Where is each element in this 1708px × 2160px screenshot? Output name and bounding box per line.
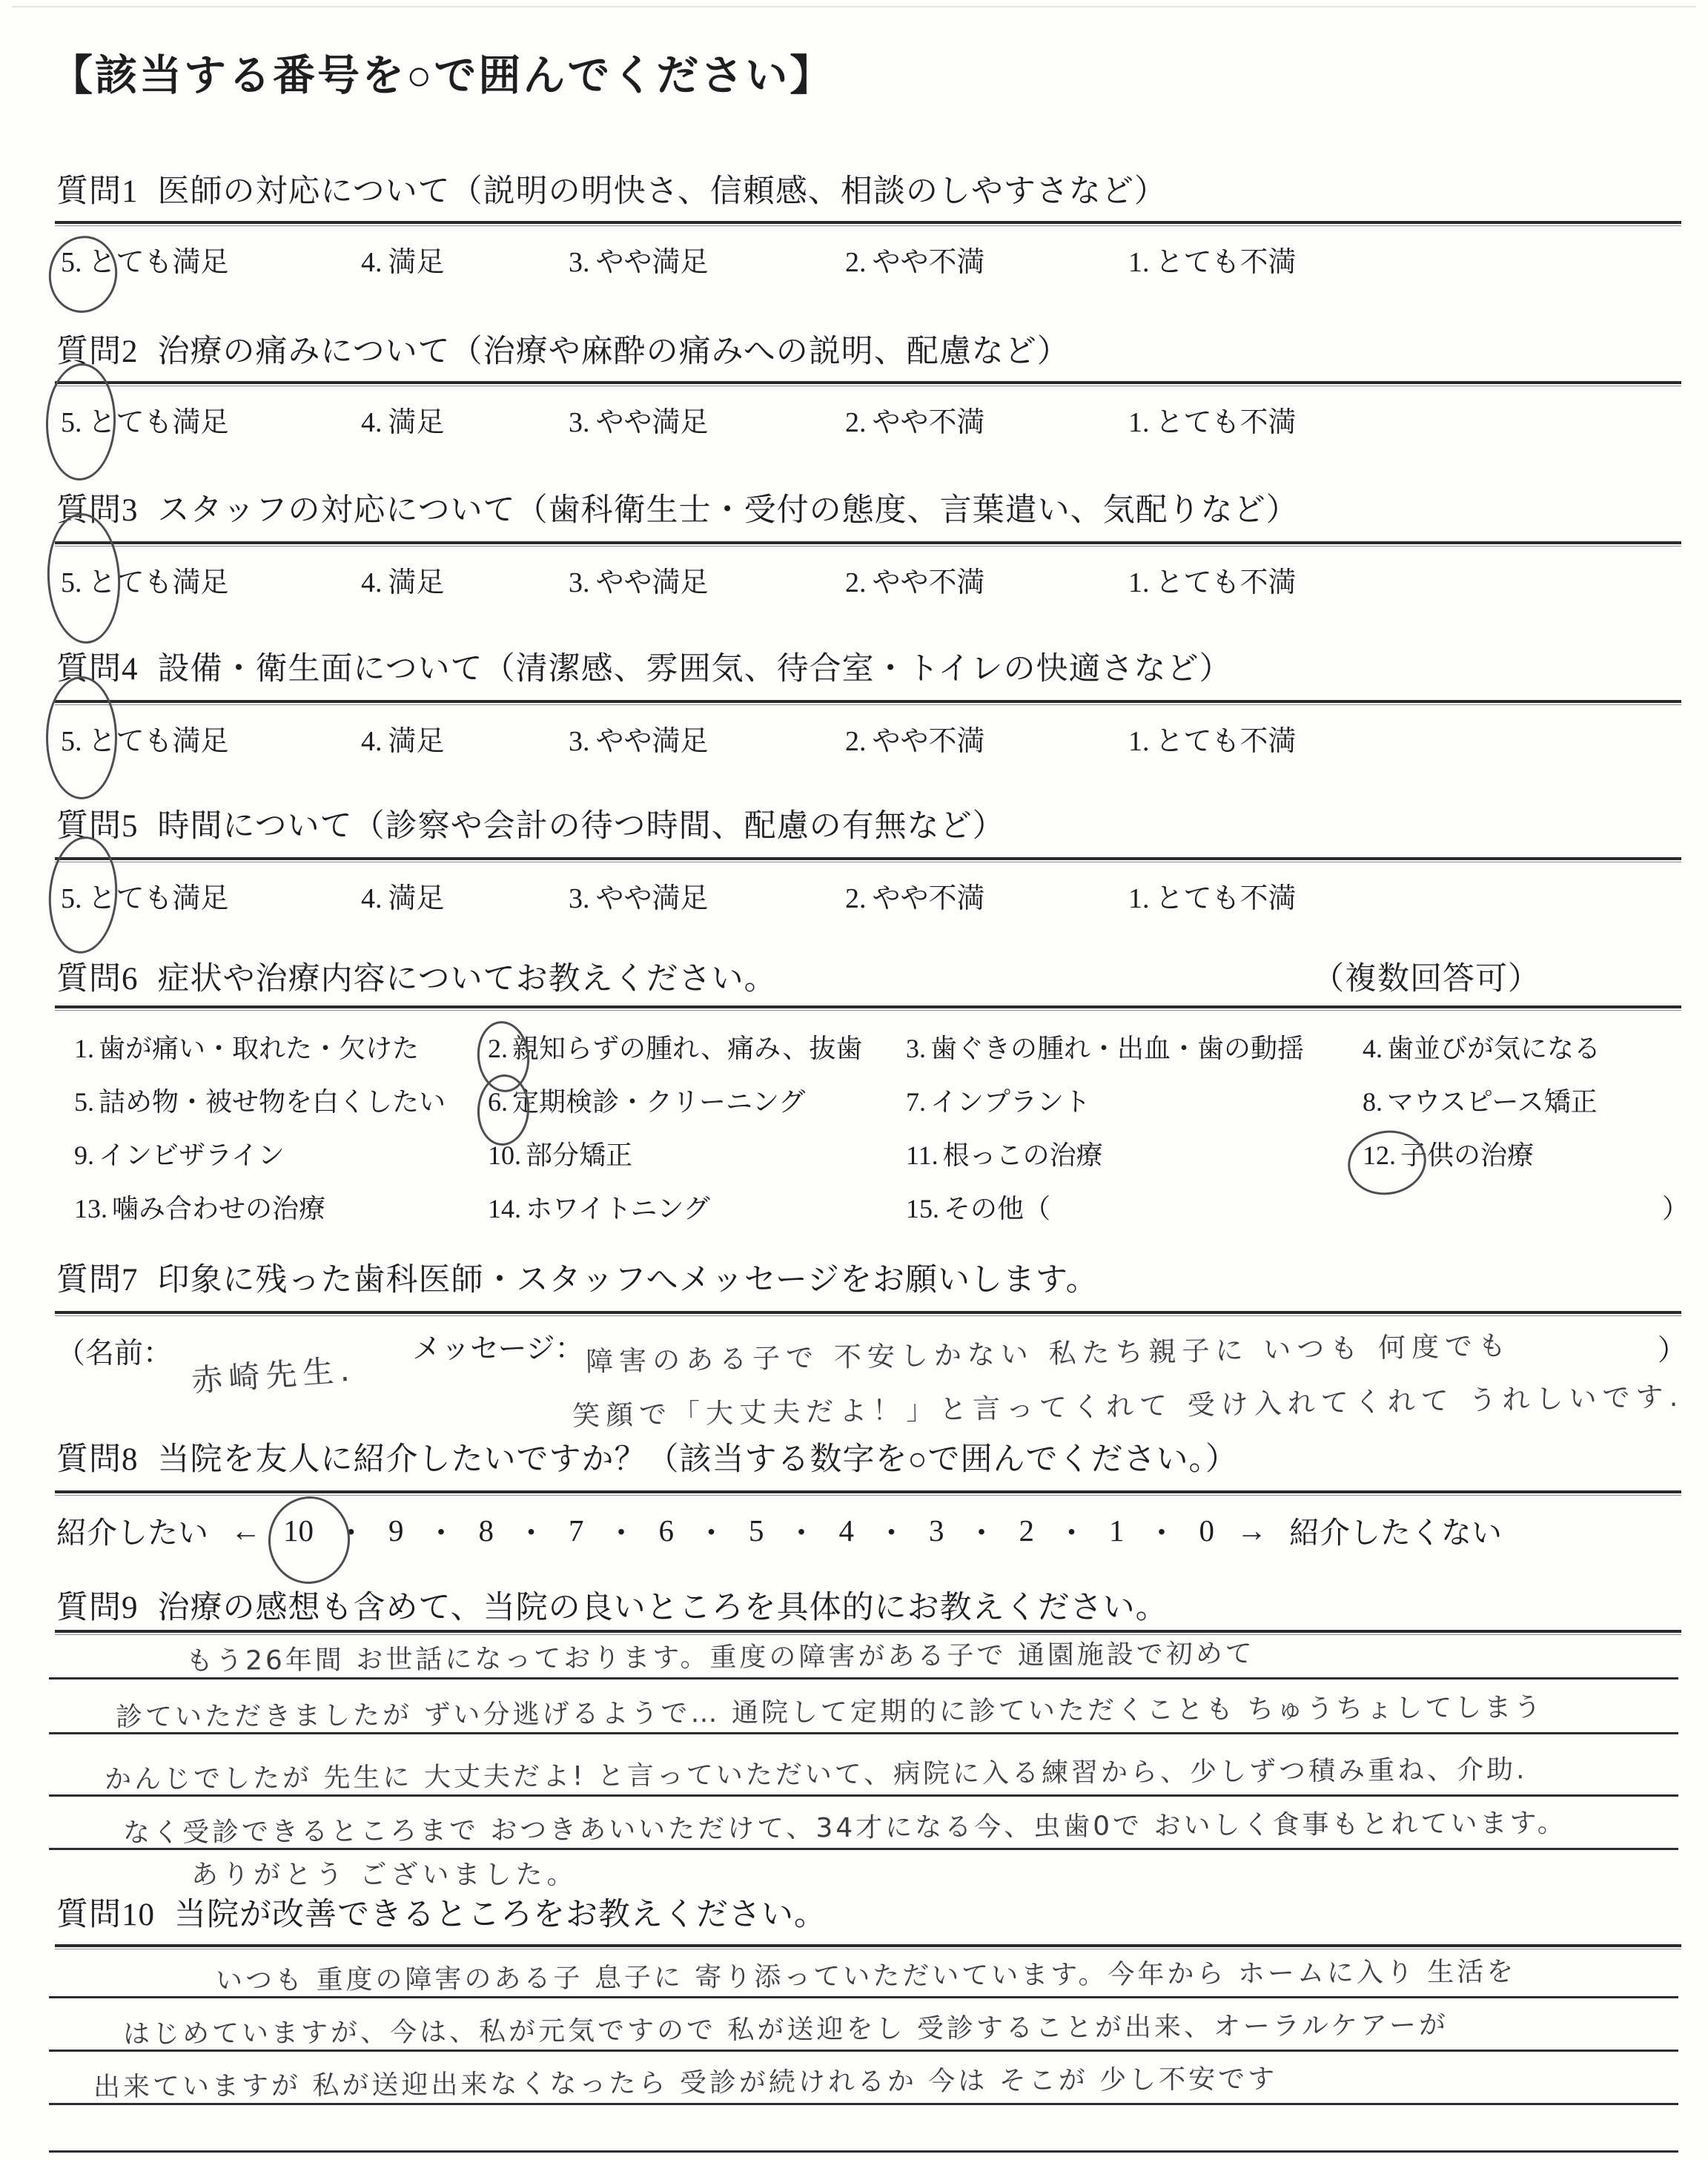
option-number: 2. xyxy=(845,567,867,598)
q1-option-4: 4.満足 xyxy=(361,239,445,280)
recommend-scale-row: 紹介したい ← 10 ・ 9 ・ 8 ・ 7 ・ 6 ・ 5 ・ 4 ・ 3 ・… xyxy=(56,1508,1687,1552)
item-number: 10. xyxy=(488,1140,521,1170)
writing-line: なく受診できるところまで おつきあいいただけて、34才になる今、虫歯0で おいし… xyxy=(49,1805,1678,1850)
scale-number-10: 10 xyxy=(283,1513,314,1548)
q1-option-5: 5.とても満足 xyxy=(61,239,229,280)
left-arrow-icon: ← xyxy=(231,1513,261,1548)
form-title: 【該当する番号を○で囲んでください】 xyxy=(50,42,834,102)
question-8-title: 当院を友人に紹介したいですか？（該当する数字を○で囲んでください。） xyxy=(158,1442,1238,1477)
scale-number-8: 8 xyxy=(479,1513,494,1548)
question-9-header: 質問9治療の感想も含めて、当院の良いところを具体的にお教えください。 xyxy=(56,1582,1168,1628)
scale-number-7: 7 xyxy=(569,1513,584,1548)
q10-handwritten-line-2: はじめていますが、今は、私が元気ですので 私が送迎をし 受診することが出来、オー… xyxy=(123,2004,1449,2051)
option-number: 1. xyxy=(1128,247,1150,278)
question-4-header: 質問4設備・衛生面について（清潔感、雰囲気、待合室・トイレの快適さなど） xyxy=(56,644,1232,689)
option-label: やや不満 xyxy=(873,247,985,278)
q6-item-4: 4.歯並びが気になる xyxy=(1363,1028,1601,1066)
dot-separator: ・ xyxy=(876,1508,907,1552)
option-label: 満足 xyxy=(388,567,445,598)
item-label: 部分矯正 xyxy=(526,1140,632,1170)
q3-option-1: 1.とても不満 xyxy=(1128,559,1297,600)
item-label: 歯が痛い・取れた・欠けた xyxy=(99,1034,419,1063)
option-number: 2. xyxy=(845,726,867,757)
option-number: 3. xyxy=(569,726,590,757)
multiple-answers-note: （複数回答可） xyxy=(1312,954,1540,999)
divider-rule xyxy=(55,221,1681,226)
dot-separator: ・ xyxy=(606,1508,637,1552)
question-2-options: 5.とても満足 4.満足 3.やや満足 2.やや不満 1.とても不満 xyxy=(61,399,1684,448)
option-number: 2. xyxy=(845,883,867,914)
option-label: 満足 xyxy=(388,883,445,914)
item-label: 根っこの治療 xyxy=(943,1140,1103,1170)
question-9-title: 治療の感想も含めて、当院の良いところを具体的にお教えください。 xyxy=(158,1591,1168,1625)
q5-option-5-number: 5. xyxy=(61,882,82,915)
item-label: インビザライン xyxy=(99,1140,285,1170)
option-number: 5. xyxy=(61,883,82,914)
item-label: その他（ xyxy=(944,1194,1050,1223)
dot-separator: ・ xyxy=(967,1508,997,1552)
option-number: 4. xyxy=(361,567,383,598)
dot-separator: ・ xyxy=(516,1508,546,1552)
message-handwritten-line-1: 障害のある子で 不安しかない 私たち親子に いつも 何度でも xyxy=(586,1323,1512,1379)
dot-separator: ・ xyxy=(1147,1508,1177,1552)
q6-item-8: 8.マウスピース矯正 xyxy=(1363,1081,1598,1119)
q6-row-1: 1.歯が痛い・取れた・欠けた 2.親知らずの腫れ、痛み、抜歯 3.歯ぐきの腫れ・… xyxy=(74,1028,1684,1074)
option-number: 4. xyxy=(361,247,383,278)
item-number: 2. xyxy=(488,1034,508,1063)
option-label: とても満足 xyxy=(88,883,229,914)
item-number: 7. xyxy=(906,1087,926,1117)
name-field-handwritten-value: 赤崎先生. xyxy=(190,1345,357,1401)
question-1-number: 質問1 xyxy=(56,174,139,209)
option-label: とても不満 xyxy=(1156,726,1297,757)
message-close-paren: ） xyxy=(1658,1327,1687,1369)
q4-option-5: 5.とても満足 xyxy=(61,718,229,759)
item-label: 子供の治療 xyxy=(1400,1140,1534,1170)
q1-option-3: 3.やや満足 xyxy=(569,239,709,280)
q4-option-2: 2.やや不満 xyxy=(845,718,985,759)
option-label: とても不満 xyxy=(1156,883,1297,914)
survey-form-scan: 【該当する番号を○で囲んでください】 質問1医師の対応について（説明の明快さ、信… xyxy=(0,0,1708,2160)
q2-option-4: 4.満足 xyxy=(361,399,445,440)
item-label: マウスピース矯正 xyxy=(1387,1087,1598,1117)
item-number: 12. xyxy=(1363,1140,1396,1170)
item-label: 噛み合わせの治療 xyxy=(112,1194,325,1223)
option-label: やや満足 xyxy=(596,247,709,278)
q6-item-6-number: 6. xyxy=(488,1086,508,1117)
item-number: 13. xyxy=(74,1194,107,1223)
item-number: 8. xyxy=(1363,1087,1383,1117)
q5-option-3: 3.やや満足 xyxy=(569,875,709,916)
item-label: 歯並びが気になる xyxy=(1387,1034,1601,1063)
item-number: 14. xyxy=(488,1194,521,1223)
message-field-label: メッセージ： xyxy=(412,1326,584,1367)
option-number: 5. xyxy=(61,726,82,757)
divider-rule xyxy=(55,700,1681,705)
scale-number-4: 4 xyxy=(839,1513,855,1548)
option-label: とても満足 xyxy=(88,407,229,438)
scale-number: 10 xyxy=(283,1513,314,1548)
question-6-title: 症状や治療内容についてお教えください。 xyxy=(158,962,777,997)
option-label: やや不満 xyxy=(873,567,985,598)
item-label: ホワイトニング xyxy=(526,1194,710,1223)
option-number: 4. xyxy=(361,883,383,914)
q2-option-3: 3.やや満足 xyxy=(569,399,709,440)
item-number: 11. xyxy=(906,1140,939,1170)
q5-option-5: 5.とても満足 xyxy=(61,875,229,916)
divider-rule xyxy=(55,857,1681,862)
question-2-number: 質問2 xyxy=(56,334,139,369)
q3-option-5: 5.とても満足 xyxy=(61,559,229,600)
question-7-title: 印象に残った歯科医師・スタッフへメッセージをお願いします。 xyxy=(158,1263,1099,1298)
q2-option-1: 1.とても不満 xyxy=(1128,399,1297,440)
option-number: 3. xyxy=(569,883,590,914)
q6-row-2: 5.詰め物・被せ物を白くしたい 6.定期検診・クリーニング 7.インプラント 8… xyxy=(74,1081,1684,1127)
option-number: 5. xyxy=(61,247,82,278)
item-number: 9. xyxy=(74,1140,94,1170)
q6-item-6: 6.定期検診・クリーニング xyxy=(488,1081,805,1119)
question-4-number: 質問4 xyxy=(56,652,139,687)
q4-option-3: 3.やや満足 xyxy=(569,718,709,759)
q5-option-4: 4.満足 xyxy=(361,875,445,916)
item-label: インプラント xyxy=(930,1087,1090,1117)
item-number: 5. xyxy=(74,1087,94,1117)
scale-left-label: 紹介したい xyxy=(56,1508,208,1552)
question-10-title: 当院が改善できるところをお教えください。 xyxy=(174,1898,827,1932)
dot-separator: ・ xyxy=(787,1508,817,1552)
q2-option-5: 5.とても満足 xyxy=(61,399,229,440)
divider-rule xyxy=(55,1944,1681,1949)
writing-line-blank xyxy=(49,2107,1678,2153)
scale-number-3: 3 xyxy=(929,1513,944,1548)
q1-option-1: 1.とても不満 xyxy=(1128,239,1297,280)
divider-rule xyxy=(55,1005,1681,1011)
question-8-header: 質問8当院を友人に紹介したいですか？（該当する数字を○で囲んでください。） xyxy=(56,1434,1238,1479)
divider-rule xyxy=(55,381,1681,386)
question-4-title: 設備・衛生面について（清潔感、雰囲気、待合室・トイレの快適さなど） xyxy=(158,652,1232,687)
q2-option-2: 2.やや不満 xyxy=(845,399,985,440)
option-label: やや満足 xyxy=(596,407,709,438)
option-number: 5. xyxy=(61,567,82,598)
option-number: 1. xyxy=(1128,726,1150,757)
dot-separator: ・ xyxy=(426,1508,457,1552)
dot-separator: ・ xyxy=(1056,1508,1087,1552)
option-number: 1. xyxy=(1128,407,1150,438)
q6-row-4: 13.噛み合わせの治療 14.ホワイトニング 15.その他（ ） xyxy=(74,1188,1684,1234)
q6-item-12-number: 12. xyxy=(1363,1140,1396,1171)
scan-edge-line xyxy=(12,6,1696,7)
q3-option-5-number: 5. xyxy=(61,567,82,599)
option-number: 2. xyxy=(845,407,867,438)
question-10-number: 質問10 xyxy=(56,1898,155,1932)
question-7-header: 質問7印象に残った歯科医師・スタッフへメッセージをお願いします。 xyxy=(56,1255,1099,1300)
question-5-options: 5.とても満足 4.満足 3.やや満足 2.やや不満 1.とても不満 xyxy=(61,875,1684,924)
question-1-header: 質問1医師の対応について（説明の明快さ、信頼感、相談のしやすさなど） xyxy=(56,166,1167,211)
item-label: 詰め物・被せ物を白くしたい xyxy=(99,1087,446,1117)
dot-separator: ・ xyxy=(696,1508,726,1552)
option-number: 4. xyxy=(361,407,383,438)
question-10-header: 質問10当院が改善できるところをお教えください。 xyxy=(56,1889,827,1935)
q5-option-1: 1.とても不満 xyxy=(1128,875,1297,916)
q6-item-11: 11.根っこの治療 xyxy=(906,1135,1103,1172)
item-label: 歯ぐきの腫れ・出血・歯の動揺 xyxy=(930,1034,1304,1063)
dot-separator: ・ xyxy=(336,1508,366,1552)
option-label: とても満足 xyxy=(88,726,229,757)
option-label: とても不満 xyxy=(1156,567,1297,598)
option-label: やや不満 xyxy=(873,883,985,914)
option-label: やや不満 xyxy=(873,726,985,757)
option-number: 2. xyxy=(845,247,867,278)
question-8-number: 質問8 xyxy=(56,1442,139,1477)
question-1-title: 医師の対応について（説明の明快さ、信頼感、相談のしやすさなど） xyxy=(158,174,1167,209)
scale-right-label: 紹介したくない xyxy=(1289,1508,1502,1552)
q6-item-10: 10.部分矯正 xyxy=(488,1135,632,1172)
question-4-options: 5.とても満足 4.満足 3.やや満足 2.やや不満 1.とても不満 xyxy=(61,718,1684,767)
item-number: 15. xyxy=(906,1194,939,1223)
question-6-number: 質問6 xyxy=(56,962,139,997)
name-field-label: （名前： xyxy=(56,1330,172,1372)
question-3-number: 質問3 xyxy=(56,493,139,528)
q1-option-5-label: とても満足 xyxy=(88,247,229,278)
q6-item-14: 14.ホワイトニング xyxy=(488,1188,710,1226)
q6-item-9: 9.インビザライン xyxy=(74,1135,285,1172)
q6-item-2-number: 2. xyxy=(488,1033,508,1064)
option-number: 1. xyxy=(1128,567,1150,598)
scale-number-0: 0 xyxy=(1199,1513,1215,1548)
divider-rule xyxy=(55,541,1681,546)
q6-item-5: 5.詰め物・被せ物を白くしたい xyxy=(74,1081,446,1119)
scale-number-9: 9 xyxy=(388,1513,404,1548)
option-label: とても満足 xyxy=(88,567,229,598)
writing-line: はじめていますが、今は、私が元気ですので 私が送迎をし 受診することが出来、オー… xyxy=(49,2007,1678,2052)
scale-number-6: 6 xyxy=(659,1513,675,1548)
q10-handwritten-line-1: いつも 重度の障害のある子 息子に 寄り添っていただいています。今年から ホーム… xyxy=(216,1951,1517,1998)
option-number: 3. xyxy=(569,567,590,598)
option-label: やや不満 xyxy=(873,407,985,438)
q1-option-2: 2.やや不満 xyxy=(845,239,985,280)
item-number: 6. xyxy=(488,1087,508,1117)
question-3-header: 質問3スタッフの対応について（歯科衛生士・受付の態度、言葉遣い、気配りなど） xyxy=(56,485,1299,530)
question-1-options: 5.とても満足 4.満足 3.やや満足 2.やや不満 1.とても不満 xyxy=(61,239,1684,288)
divider-rule xyxy=(55,1311,1681,1316)
q6-item-3: 3.歯ぐきの腫れ・出血・歯の動揺 xyxy=(906,1028,1304,1066)
q3-option-2: 2.やや不満 xyxy=(845,559,985,600)
writing-line: かんじでしたが 先生に 大丈夫だよ! と言っていただいて、病院に入る練習から、少… xyxy=(49,1751,1678,1797)
q4-option-5-number: 5. xyxy=(61,725,82,758)
q9-handwritten-line-4: なく受診できるところまで おつきあいいただけて、34才になる今、虫歯0で おいし… xyxy=(123,1802,1567,1850)
item-number: 4. xyxy=(1363,1034,1383,1063)
question-3-title: スタッフの対応について（歯科衛生士・受付の態度、言葉遣い、気配りなど） xyxy=(158,493,1299,528)
item-label: 定期検診・クリーニング xyxy=(512,1087,805,1117)
question-5-header: 質問5時間について（診察や会計の待つ時間、配慮の有無など） xyxy=(56,801,1005,846)
q3-option-4: 4.満足 xyxy=(361,559,445,600)
q6-item-1: 1.歯が痛い・取れた・欠けた xyxy=(74,1028,419,1066)
right-arrow-icon: → xyxy=(1237,1513,1267,1548)
q4-option-4: 4.満足 xyxy=(361,718,445,759)
q6-other-close-paren: ） xyxy=(1662,1188,1689,1226)
option-number: 5. xyxy=(61,407,82,438)
item-label: 親知らずの腫れ、痛み、抜歯 xyxy=(512,1034,862,1063)
q6-item-7: 7.インプラント xyxy=(906,1081,1090,1119)
option-label: とても不満 xyxy=(1156,247,1297,278)
scale-number-5: 5 xyxy=(749,1513,764,1548)
writing-line: 診ていただきましたが ずい分逃げるようで… 通院して定期的に診ていただくことも … xyxy=(49,1689,1678,1734)
q3-option-3: 3.やや満足 xyxy=(569,559,709,600)
option-number: 1. xyxy=(1128,883,1150,914)
option-label: 満足 xyxy=(388,407,445,438)
q6-item-15: 15.その他（ xyxy=(906,1188,1050,1226)
item-number: 1. xyxy=(74,1034,94,1063)
q2-option-5-number: 5. xyxy=(61,406,82,439)
message-handwritten-line-2: 笑顔で「大丈夫だよ！」と言ってくれて 受け入れてくれて うれしいです. xyxy=(572,1374,1684,1433)
scale-number-2: 2 xyxy=(1019,1513,1035,1548)
option-number: 4. xyxy=(361,726,383,757)
q4-option-1: 1.とても不満 xyxy=(1128,718,1297,759)
option-label: やや満足 xyxy=(596,567,709,598)
option-label: 満足 xyxy=(388,247,445,278)
question-2-title: 治療の痛みについて（治療や麻酔の痛みへの説明、配慮など） xyxy=(158,334,1070,369)
q1-option-5-number: 5. xyxy=(61,246,82,279)
option-label: 満足 xyxy=(388,726,445,757)
item-number: 3. xyxy=(906,1034,926,1063)
option-label: とても不満 xyxy=(1156,407,1297,438)
question-7-number: 質問7 xyxy=(56,1263,139,1298)
option-label: やや満足 xyxy=(596,726,709,757)
q9-handwritten-line-2: 診ていただきましたが ずい分逃げるようで… 通院して定期的に診ていただくことも … xyxy=(116,1686,1544,1734)
writing-line: もう26年間 お世話になっております。重度の障害がある子で 通園施設で初めて xyxy=(49,1634,1678,1680)
divider-rule xyxy=(55,1490,1681,1496)
question-2-header: 質問2治療の痛みについて（治療や麻酔の痛みへの説明、配慮など） xyxy=(56,326,1070,371)
q9-handwritten-line-3: かんじでしたが 先生に 大丈夫だよ! と言っていただいて、病院に入る練習から、少… xyxy=(105,1748,1528,1796)
q6-item-2: 2.親知らずの腫れ、痛み、抜歯 xyxy=(488,1028,862,1066)
q5-option-2: 2.やや不満 xyxy=(845,875,985,916)
scale-number-1: 1 xyxy=(1109,1513,1125,1548)
q10-handwritten-line-3: 出来ていますが 私が送迎出来なくなったら 受診が続けれるか 今は そこが 少し不… xyxy=(93,2058,1278,2104)
question-6-header: 質問6症状や治療内容についてお教えください。 xyxy=(56,954,777,999)
q9-handwritten-line-1: もう26年間 お世話になっております。重度の障害がある子で 通園施設で初めて xyxy=(186,1633,1255,1678)
q9-handwritten-line-5: ありがとう ございました。 xyxy=(191,1854,577,1892)
q6-item-12: 12.子供の治療 xyxy=(1363,1135,1534,1172)
option-number: 3. xyxy=(569,407,590,438)
writing-line: いつも 重度の障害のある子 息子に 寄り添っていただいています。今年から ホーム… xyxy=(49,1953,1678,1998)
option-number: 3. xyxy=(569,247,590,278)
option-label: やや満足 xyxy=(596,883,709,914)
writing-line: 出来ていますが 私が送迎出来なくなったら 受診が続けれるか 今は そこが 少し不… xyxy=(49,2060,1678,2105)
question-3-options: 5.とても満足 4.満足 3.やや満足 2.やや不満 1.とても不満 xyxy=(61,559,1684,608)
question-5-title: 時間について（診察や会計の待つ時間、配慮の有無など） xyxy=(158,809,1005,844)
question-5-number: 質問5 xyxy=(56,809,139,844)
question-9-number: 質問9 xyxy=(56,1591,139,1625)
q6-item-13: 13.噛み合わせの治療 xyxy=(74,1188,325,1226)
q6-row-3: 9.インビザライン 10.部分矯正 11.根っこの治療 12.子供の治療 xyxy=(74,1135,1684,1180)
